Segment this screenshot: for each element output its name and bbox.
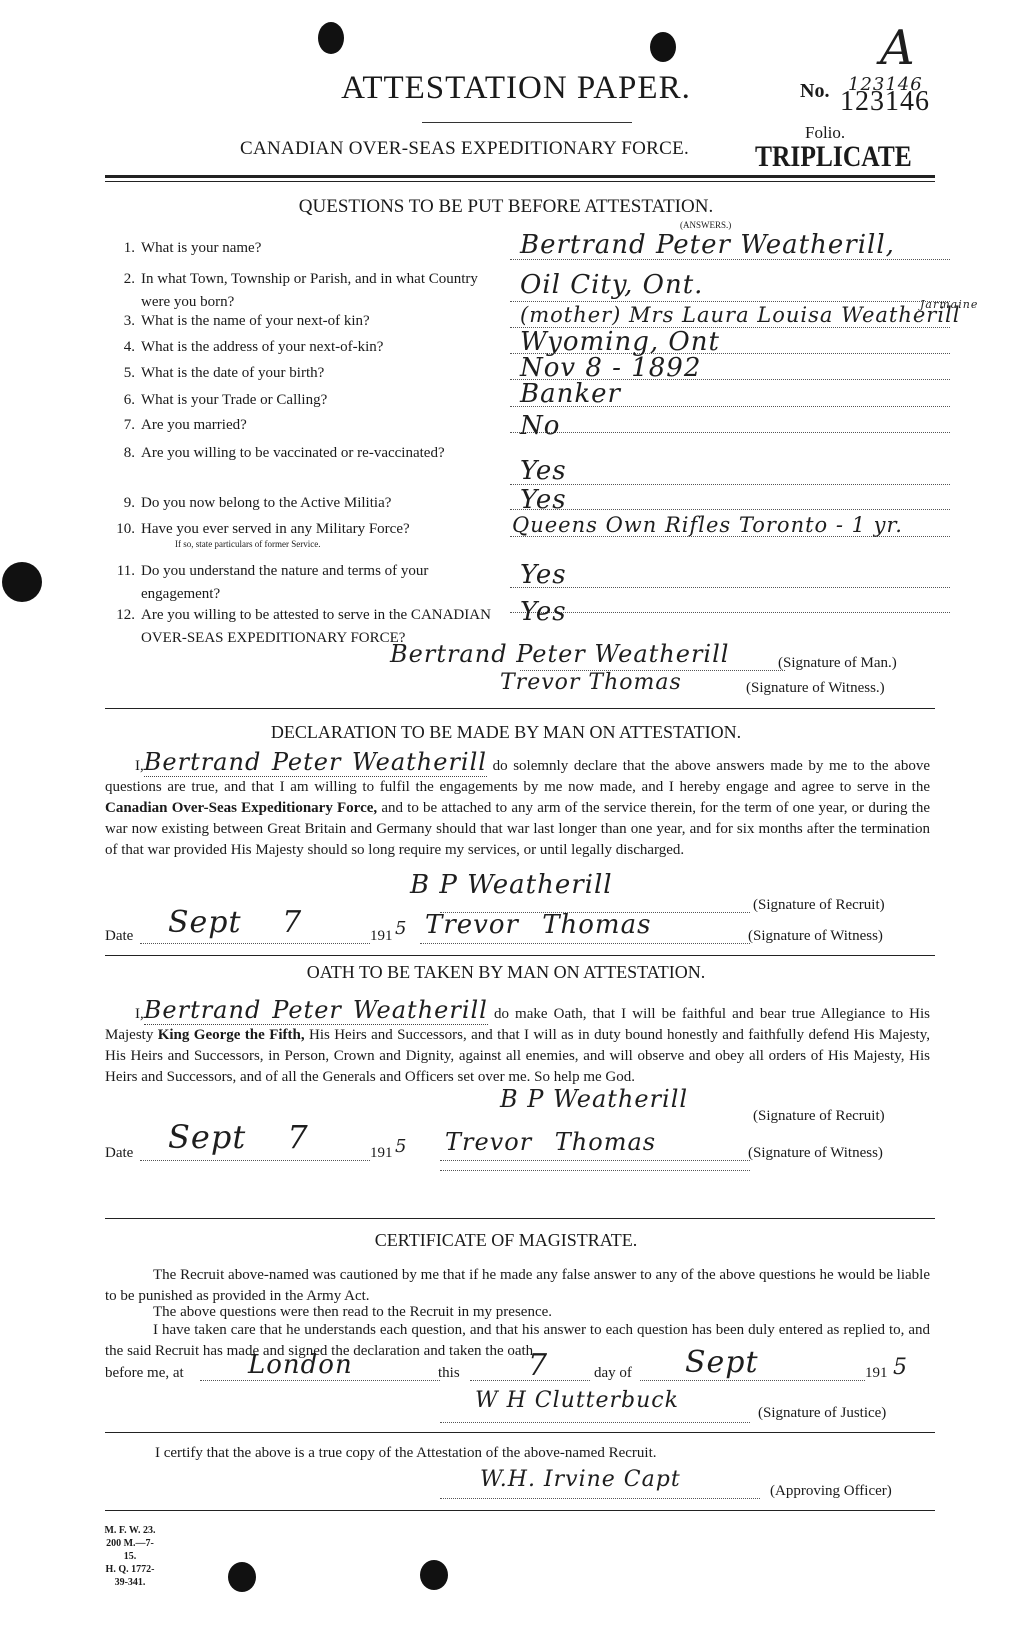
declaration-witness-label: (Signature of Witness) [748,928,883,945]
answer-line [510,611,950,613]
oath-title: OATH TO BE TAKEN BY MAN ON ATTESTATION. [0,962,1012,983]
magistrate-year-suffix: 5 [893,1355,908,1380]
oath-text-bold: King George the Fifth, [158,1027,305,1043]
question-number: 12. [105,604,135,627]
answer-text: (mother) Mrs Laura Louisa Weatherill [520,303,960,327]
magistrate-month: Sept [685,1345,759,1380]
declaration-year-suffix: 5 [395,918,407,939]
magistrate-place: London [248,1350,353,1380]
question-text: What is your Trade or Calling? [141,389,499,412]
before-me-label: before me, at [105,1365,184,1382]
signature-justice: W H Clutterbuck [475,1388,679,1413]
question-text: Have you ever served in any Military For… [141,518,499,541]
footer-code-3: H. Q. 1772-39-341. [100,1563,160,1589]
oath-date-line [140,1160,370,1161]
declaration-year-prefix: 191 [370,928,393,945]
signature-man: Bertrand Peter Weatherill [390,640,729,668]
question-number: 6. [105,389,135,412]
magistrate-para-2-text: The above questions were then read to th… [153,1304,552,1320]
month-line [640,1380,865,1381]
magistrate-day: 7 [528,1348,548,1383]
question-number: 7. [105,414,135,437]
declaration-date-line [140,943,370,944]
answer-line [510,586,950,588]
question-text: What is the date of your birth? [141,362,499,385]
answer-text: Queens Own Rifles Toronto - 1 yr. [512,513,903,537]
magistrate-para-3: I have taken care that he understands ea… [105,1320,930,1362]
question-text: What is your name? [141,237,499,260]
question-text: Are you willing to be vaccinated or re-v… [141,442,499,465]
answer-text: Yes [520,560,567,590]
certification-text-content: I certify that the above is a true copy … [155,1445,657,1461]
oath-year-prefix: 191 [370,1145,393,1162]
oath-prefix: I, [135,1006,144,1022]
declaration-signature-witness: Trevor Thomas [425,910,651,940]
oath-recruit-line [440,1170,750,1171]
this-label: this [438,1365,460,1382]
magistrate-year-prefix: 191 [865,1365,888,1382]
declaration-witness-line [420,943,750,944]
question-number: 3. [105,310,135,333]
day-of-label: day of [594,1365,632,1382]
declaration-title: DECLARATION TO BE MADE BY MAN ON ATTESTA… [0,722,1012,743]
justice-line [440,1422,750,1423]
answer-annotation: Jarmaine [920,298,978,311]
oath-witness-label: (Signature of Witness) [748,1145,883,1162]
number-label: No. [800,80,829,103]
officer-label: (Approving Officer) [770,1483,892,1500]
footer-code-1: M. F. W. 23. [100,1524,160,1537]
question-number: 4. [105,336,135,359]
section-rule-4 [105,1432,935,1433]
answer-text: Yes [520,597,567,627]
questions-title: QUESTIONS TO BE PUT BEFORE ATTESTATION. [0,196,1012,218]
question-number: 5. [105,362,135,385]
question-number: 2. [105,268,135,291]
answer-text: No [520,411,560,441]
answer-text: Yes [520,485,567,515]
oath-name: Bertrand Peter Weatherill [144,996,488,1025]
hole-punch-top-left [318,22,344,54]
signature-man-label: (Signature of Man.) [778,655,897,672]
answer-text: Yes [520,456,567,486]
question-text: Do you now belong to the Active Militia? [141,492,499,515]
header-rule-1 [105,175,935,178]
oath-signature-recruit: B P Weatherill [500,1085,688,1113]
corner-mark: A [880,20,916,76]
question-number: 1. [105,237,135,260]
title-underline [422,122,632,123]
officer-line [440,1498,760,1499]
certification-text: I certify that the above is a true copy … [105,1443,930,1464]
declaration-date-label: Date [105,928,133,945]
answer-text: Oil City, Ont. [520,270,703,300]
number-printed: 123146 [840,86,930,118]
hole-punch-top-right [650,32,676,62]
question-text: In what Town, Township or Parish, and in… [141,268,499,314]
oath-recruit-label: (Signature of Recruit) [753,1108,885,1125]
question-number: 9. [105,492,135,515]
question-number: 8. [105,442,135,465]
section-rule-1 [105,708,935,709]
oath-date-label: Date [105,1145,133,1162]
signature-witness-label-1: (Signature of Witness.) [746,680,885,697]
oath-witness-line [440,1160,750,1161]
magistrate-title: CERTIFICATE OF MAGISTRATE. [0,1230,1012,1251]
declaration-signature-recruit: B P Weatherill [410,870,613,900]
answer-line [510,508,950,510]
answer-line [510,300,950,302]
hole-punch-bottom-right [420,1560,448,1590]
declaration-text: I,Bertrand Peter Weatherill do solemnly … [105,752,930,861]
header-rule-2 [105,181,935,182]
justice-label: (Signature of Justice) [758,1405,886,1422]
answer-text: Bertrand Peter Weatherill, [520,230,895,260]
triplicate-stamp: TRIPLICATE [755,140,912,174]
question-number: 11. [105,560,135,583]
document-subtitle: CANADIAN OVER-SEAS EXPEDITIONARY FORCE. [240,138,689,160]
question-number: 10. [105,518,135,541]
declaration-name: Bertrand Peter Weatherill [144,748,487,777]
question-note: If so, state particulars of former Servi… [175,539,320,549]
magistrate-para-1-text: The Recruit above-named was cautioned by… [105,1267,930,1304]
section-rule-2 [105,955,935,956]
oath-date-value: Sept 7 [168,1118,309,1156]
magistrate-para-1: The Recruit above-named was cautioned by… [105,1265,930,1307]
question-text: Are you married? [141,414,499,437]
oath-year-suffix: 5 [395,1136,407,1157]
signature-witness-1: Trevor Thomas [500,670,682,695]
place-line [200,1380,440,1381]
declaration-date-value: Sept 7 [168,905,302,940]
declaration-text-bold: Canadian Over-Seas Expeditionary Force, [105,800,377,816]
question-text: What is the name of your next-of kin? [141,310,499,333]
section-rule-3 [105,1218,935,1219]
answer-line [510,483,950,485]
hole-punch-bottom-left [228,1562,256,1592]
question-text: What is the address of your next-of-kin? [141,336,499,359]
answer-line [510,431,950,433]
oath-signature-witness: Trevor Thomas [445,1128,656,1156]
signature-officer: W.H. Irvine Capt [480,1467,681,1492]
hole-punch-left [2,562,42,602]
section-rule-5 [105,1510,935,1511]
question-text: Do you understand the nature and terms o… [141,560,499,606]
answers-label: (ANSWERS.) [680,220,731,230]
magistrate-para-3-text: I have taken care that he understands ea… [105,1322,930,1359]
footer-code-2: 200 M.—7-15. [100,1537,160,1563]
footer-codes: M. F. W. 23. 200 M.—7-15. H. Q. 1772-39-… [100,1524,160,1589]
declaration-prefix: I, [135,758,144,774]
answer-text: Banker [520,379,621,409]
oath-text: I,Bertrand Peter Weatherill do make Oath… [105,1000,930,1088]
declaration-recruit-label: (Signature of Recruit) [753,897,885,914]
